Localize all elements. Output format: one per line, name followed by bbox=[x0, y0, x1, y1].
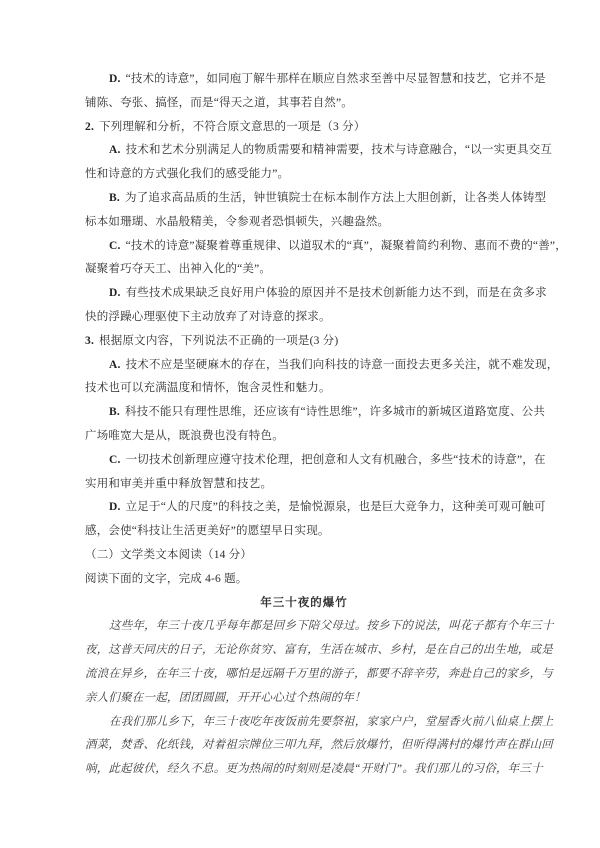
line-text: 根据原文内容，下列说法不正确的一项是(3 分) bbox=[99, 335, 338, 347]
line-text: “技术的诗意”，如同庖丁解牛那样在顺应自然求至善中尽显智慧和技艺，它并不是 bbox=[126, 73, 546, 85]
label-prefix: C. bbox=[109, 240, 121, 252]
document-body: D.“技术的诗意”，如同庖丁解牛那样在顺应自然求至善中尽显智慧和技艺，它并不是铺… bbox=[85, 68, 523, 782]
option-continuation: 技术也可以充满温度和情怀，饱含灵性和魅力。 bbox=[85, 377, 523, 401]
reading-title: 年三十夜的爆竹 bbox=[85, 592, 523, 616]
line-text: 铺陈、夸张、搞怪，而是“得天之道，其事若自然”。 bbox=[85, 97, 353, 109]
passage-line: 亲人们聚在一起，团团圆圆，开开心心过个热闹的年！ bbox=[85, 687, 523, 711]
question-line: 2.下列理解和分析，不符合原文意思的一项是（3 分） bbox=[85, 116, 523, 140]
label-prefix: 3. bbox=[85, 335, 94, 347]
option-line: C.“技术的诗意”凝聚着尊重规律、以道驭术的“真”，凝聚着简约利物、惠而不费的“… bbox=[85, 235, 523, 259]
option-continuation: 实用和审美并重中释放智慧和技艺。 bbox=[85, 473, 523, 497]
label-prefix: B. bbox=[109, 406, 120, 418]
label-prefix: D. bbox=[109, 287, 121, 299]
label-prefix: C. bbox=[109, 454, 121, 466]
passage-line: 夜，这普天同庆的日子，无论你贫穷、富有，生活在城市、乡村，是在自己的出生地，或是 bbox=[85, 639, 523, 663]
passage-line: 响，此起彼伏，经久不息。更为热闹的时刻则是凌晨“开财门”。我们那儿的习俗，年三十 bbox=[85, 758, 523, 782]
option-line: B.为了追求高品质的生活，钟世镇院士在标本制作方法上大胆创新，让各类人体铸型 bbox=[85, 187, 523, 211]
label-prefix: D. bbox=[109, 501, 121, 513]
line-text: 技术也可以充满温度和情怀，饱含灵性和魅力。 bbox=[85, 382, 331, 394]
option-continuation: 性和诗意的方式强化我们的感受能力”。 bbox=[85, 163, 523, 187]
option-continuation: 凝聚着巧夺天工、出神入化的“美”。 bbox=[85, 258, 523, 282]
line-text: 实用和审美并重中释放智慧和技艺。 bbox=[85, 478, 272, 490]
section-heading: （二）文学类文本阅读（14 分） bbox=[85, 544, 523, 568]
option-continuation: 感，会使“科技让生活更美好”的愿望早日实现。 bbox=[85, 520, 523, 544]
line-text: 在我们那儿乡下，年三十夜吃年夜饭前先要祭祖，家家户户，堂屋香火前八仙桌上摆上 bbox=[109, 716, 554, 728]
line-text: 快的浮躁心理驱使下主动放弃了对诗意的探求。 bbox=[85, 311, 331, 323]
option-line: A.技术和艺术分别满足人的物质需要和精神需要，技术与诗意融合，“以一实更具交互 bbox=[85, 139, 523, 163]
option-line: C.一切技术创新理应遵守技术伦理，把创意和人文有机融合，多些“技术的诗意”，在 bbox=[85, 449, 523, 473]
line-text: 下列理解和分析，不符合原文意思的一项是（3 分） bbox=[99, 121, 365, 133]
option-line: D.“技术的诗意”，如同庖丁解牛那样在顺应自然求至善中尽显智慧和技艺，它并不是 bbox=[85, 68, 523, 92]
line-text: 感，会使“科技让生活更美好”的愿望早日实现。 bbox=[85, 525, 330, 537]
label-prefix: D. bbox=[109, 73, 121, 85]
line-text: 有些技术成果缺乏良好用户体验的原因并不是技术创新能力达不到，而是在贪多求 bbox=[126, 287, 547, 299]
line-text: 这些年，年三十夜几乎每年都是回乡下陪父母过。按乡下的说法，叫花子都有个年三十 bbox=[109, 620, 554, 632]
line-text: 广场唯宽大是从，既浪费也没有特色。 bbox=[85, 430, 284, 442]
line-text: 立足于“人的尺度”的科技之美，是愉悦源泉，也是巨大竞争力，这种美可观可触可 bbox=[126, 501, 546, 513]
line-text: 一切技术创新理应遵守技术伦理，把创意和人文有机融合，多些“技术的诗意”，在 bbox=[126, 454, 546, 466]
label-prefix: A. bbox=[109, 359, 121, 371]
line-text: 亲人们聚在一起，团团圆圆，开开心心过个热闹的年！ bbox=[85, 692, 366, 704]
question-line: 3.根据原文内容，下列说法不正确的一项是(3 分) bbox=[85, 330, 523, 354]
line-text: （二）文学类文本阅读（14 分） bbox=[85, 549, 252, 561]
exam-page: D.“技术的诗意”，如同庖丁解牛那样在顺应自然求至善中尽显智慧和技艺，它并不是铺… bbox=[0, 0, 600, 848]
option-continuation: 快的浮躁心理驱使下主动放弃了对诗意的探求。 bbox=[85, 306, 523, 330]
option-line: D.有些技术成果缺乏良好用户体验的原因并不是技术创新能力达不到，而是在贪多求 bbox=[85, 282, 523, 306]
option-line: B.科技不能只有理性思维，还应该有“诗性思维”，许多城市的新城区道路宽度、公共 bbox=[85, 401, 523, 425]
line-text: 酒菜，焚香、化纸钱，对着祖宗牌位三叩九拜，然后放爆竹，但听得满村的爆竹声在群山回 bbox=[85, 739, 553, 751]
label-prefix: B. bbox=[109, 192, 120, 204]
label-prefix: 2. bbox=[85, 121, 94, 133]
line-text: 夜，这普天同庆的日子，无论你贫穷、富有，生活在城市、乡村，是在自己的出生地，或是 bbox=[85, 644, 553, 656]
instruction-line: 阅读下面的文字，完成 4-6 题。 bbox=[85, 568, 523, 592]
line-text: 响，此起彼伏，经久不息。更为热闹的时刻则是凌晨“开财门”。我们那儿的习俗，年三十 bbox=[85, 763, 543, 775]
option-line: A.技术不应是坚硬麻木的存在，当我们向科技的诗意一面投去更多关注，就不难发现， bbox=[85, 354, 523, 378]
line-text: 技术不应是坚硬麻木的存在，当我们向科技的诗意一面投去更多关注，就不难发现， bbox=[126, 359, 559, 371]
line-text: 流浪在异乡，在年三十夜，哪怕是远隔千万里的游子，都要不辞辛劳，奔赴自己的家乡，与 bbox=[85, 668, 553, 680]
passage-line: 在我们那儿乡下，年三十夜吃年夜饭前先要祭祖，家家户户，堂屋香火前八仙桌上摆上 bbox=[85, 711, 523, 735]
line-text: 年三十夜的爆竹 bbox=[260, 597, 348, 609]
option-continuation: 标本如珊瑚、水晶般精美，令参观者恐惧顿失，兴趣盎然。 bbox=[85, 211, 523, 235]
option-line: D.立足于“人的尺度”的科技之美，是愉悦源泉，也是巨大竞争力，这种美可观可触可 bbox=[85, 496, 523, 520]
line-text: 标本如珊瑚、水晶般精美，令参观者恐惧顿失，兴趣盎然。 bbox=[85, 216, 389, 228]
label-prefix: A. bbox=[109, 144, 121, 156]
line-text: 凝聚着巧夺天工、出神入化的“美”。 bbox=[85, 263, 271, 275]
line-text: 技术和艺术分别满足人的物质需要和精神需要，技术与诗意融合，“以一实更具交互 bbox=[126, 144, 553, 156]
passage-line: 流浪在异乡，在年三十夜，哪怕是远隔千万里的游子，都要不辞辛劳，奔赴自己的家乡，与 bbox=[85, 663, 523, 687]
option-continuation: 铺陈、夸张、搞怪，而是“得天之道，其事若自然”。 bbox=[85, 92, 523, 116]
line-text: “技术的诗意”凝聚着尊重规律、以道驭术的“真”，凝聚着简约利物、惠而不费的“善”… bbox=[126, 240, 567, 252]
passage-line: 酒菜，焚香、化纸钱，对着祖宗牌位三叩九拜，然后放爆竹，但听得满村的爆竹声在群山回 bbox=[85, 734, 523, 758]
line-text: 科技不能只有理性思维，还应该有“诗性思维”，许多城市的新城区道路宽度、公共 bbox=[125, 406, 545, 418]
line-text: 阅读下面的文字，完成 4-6 题。 bbox=[85, 573, 247, 585]
option-continuation: 广场唯宽大是从，既浪费也没有特色。 bbox=[85, 425, 523, 449]
line-text: 性和诗意的方式强化我们的感受能力”。 bbox=[85, 168, 289, 180]
passage-line: 这些年，年三十夜几乎每年都是回乡下陪父母过。按乡下的说法，叫花子都有个年三十 bbox=[85, 615, 523, 639]
line-text: 为了追求高品质的生活，钟世镇院士在标本制作方法上大胆创新，让各类人体铸型 bbox=[125, 192, 546, 204]
